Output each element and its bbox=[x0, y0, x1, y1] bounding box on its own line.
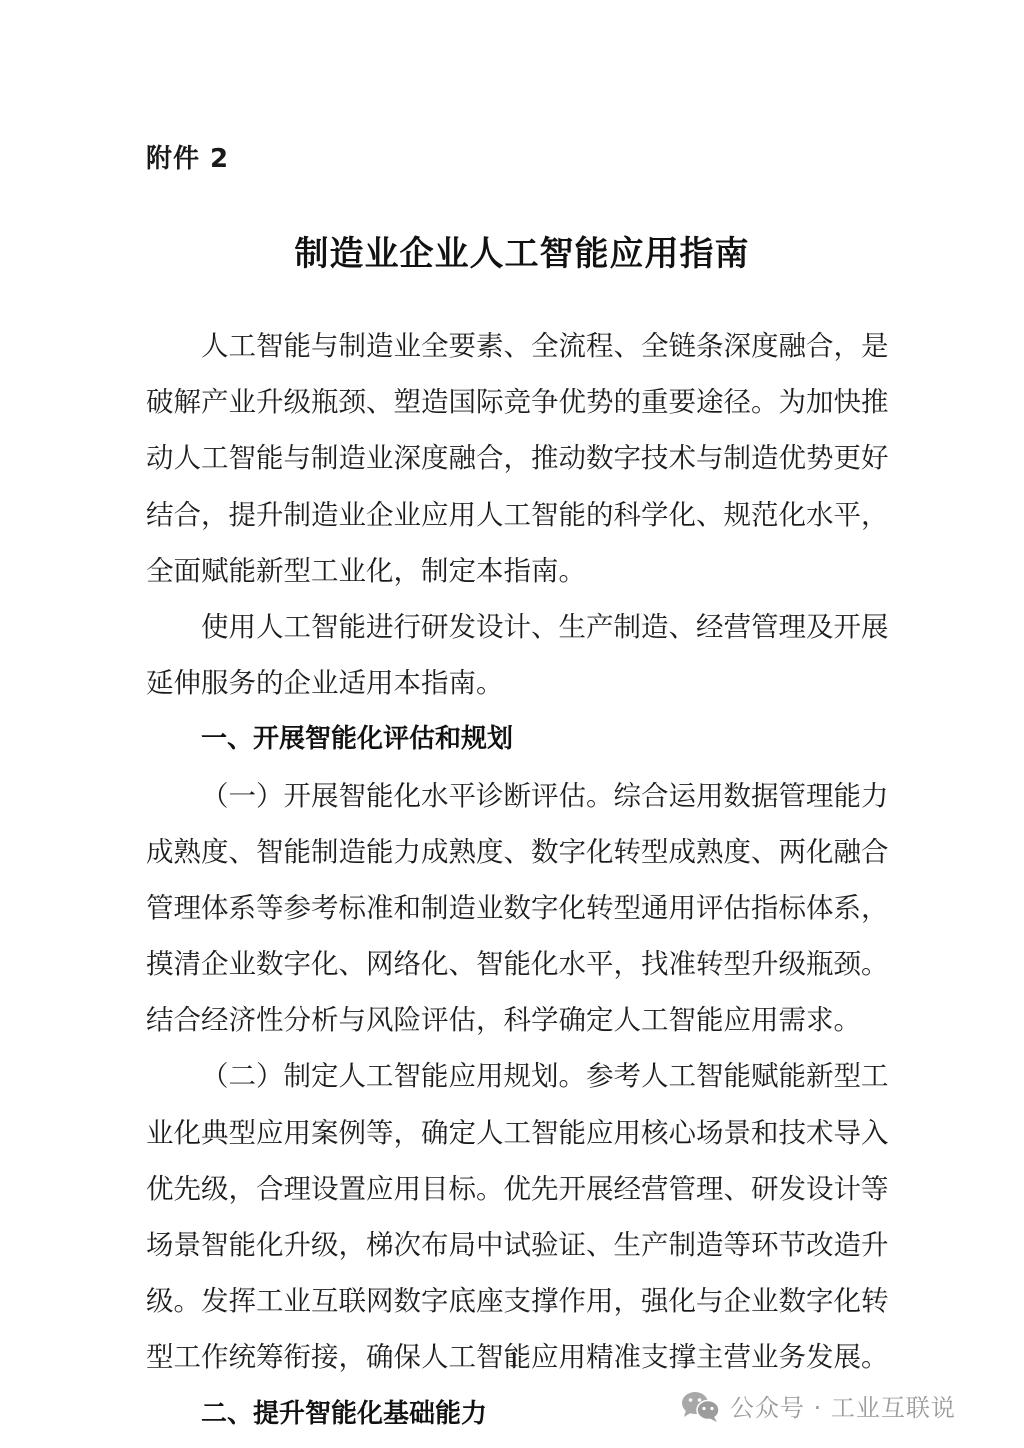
paragraph-line: 优先级，合理设置应用目标。优先开展经营管理、研发设计等 bbox=[146, 1169, 880, 1225]
paragraph-line: 摸清企业数字化、网络化、智能化水平，找准转型升级瓶颈。 bbox=[146, 944, 880, 1000]
page-number: 1 bbox=[508, 1346, 519, 1372]
paragraph-line: 管理体系等参考标准和制造业数字化转型通用评估指标体系， bbox=[146, 888, 880, 944]
watermark: 公众号 · 工业互联说 bbox=[680, 1388, 956, 1423]
paragraph-line: 动人工智能与制造业深度融合，推动数字技术与制造优势更好 bbox=[146, 438, 880, 494]
paragraph-line: 破解产业升级瓶颈、塑造国际竞争优势的重要途径。为加快推 bbox=[146, 382, 880, 438]
paragraph-line: 成熟度、智能制造能力成熟度、数字化转型成熟度、两化融合 bbox=[146, 832, 880, 888]
paragraph-line: 级。发挥工业互联网数字底座支撑作用，强化与企业数字化转 bbox=[146, 1281, 880, 1337]
paragraph-line: 延伸服务的企业适用本指南。 bbox=[146, 663, 880, 719]
paragraph-line: （二）制定人工智能应用规划。参考人工智能赋能新型工 bbox=[146, 1056, 880, 1112]
paragraph-line: 结合，提升制造业企业应用人工智能的科学化、规范化水平， bbox=[146, 495, 880, 551]
paragraph-line: （一）开展智能化水平诊断评估。综合运用数据管理能力 bbox=[146, 776, 880, 832]
document-body: 人工智能与制造业全要素、全流程、全链条深度融合，是 破解产业升级瓶颈、塑造国际竞… bbox=[146, 326, 880, 1448]
paragraph-line: 业化典型应用案例等，确定人工智能应用核心场景和技术导入 bbox=[146, 1113, 880, 1169]
watermark-text: 公众号 · 工业互联说 bbox=[730, 1388, 956, 1423]
document-title: 制造业企业人工智能应用指南 bbox=[0, 226, 1024, 275]
section-heading: 一、开展智能化评估和规划 bbox=[146, 719, 880, 775]
paragraph-line: 使用人工智能进行研发设计、生产制造、经营管理及开展 bbox=[146, 607, 880, 663]
document-page: 附件 2 制造业企业人工智能应用指南 人工智能与制造业全要素、全流程、全链条深度… bbox=[0, 0, 1024, 1448]
attachment-label: 附件 2 bbox=[146, 138, 229, 175]
paragraph-line: 人工智能与制造业全要素、全流程、全链条深度融合，是 bbox=[146, 326, 880, 382]
paragraph-line: 全面赋能新型工业化，制定本指南。 bbox=[146, 551, 880, 607]
paragraph-line: 场景智能化升级，梯次布局中试验证、生产制造等环节改造升 bbox=[146, 1225, 880, 1281]
paragraph-line: 结合经济性分析与风险评估，科学确定人工智能应用需求。 bbox=[146, 1000, 880, 1056]
wechat-icon bbox=[680, 1390, 722, 1422]
